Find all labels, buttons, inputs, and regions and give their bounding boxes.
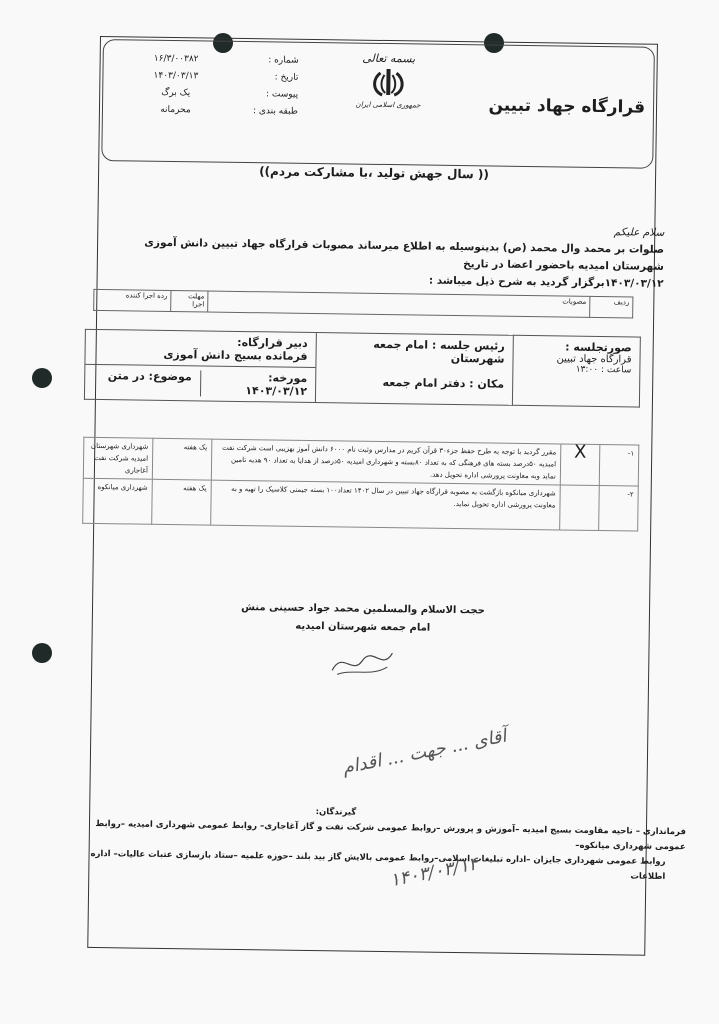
- recipients-block: گیرندگان: فرمانداری – ناحیه مقاومت بسیج …: [65, 802, 686, 886]
- emblem: بسمه تعالی جمهوری اسلامی ایران: [348, 51, 429, 109]
- chair: رئیس جلسه : امام جمعه شهرستان: [324, 337, 505, 378]
- item-deadline: یک هفته: [152, 438, 212, 480]
- item-text: مقرر گردید با توجه به طرح حفظ جزء۳۰ قرآن…: [211, 439, 561, 485]
- item-text: شهرداری میانکوه بازگشت به مصوبه قرارگاه …: [211, 480, 561, 530]
- signer-title: امام جمعه شهرستان امیدیه: [233, 617, 493, 639]
- document-frame: شماره : ۱۶/۳/۰۰۳۸۲ تاریخ : ۱۴۰۳/۰۳/۱۳ پی…: [87, 36, 658, 956]
- col-resolutions-header: مصوبات: [208, 291, 590, 317]
- letter-meta: شماره : ۱۶/۳/۰۰۳۸۲ تاریخ : ۱۴۰۳/۰۳/۱۳ پی…: [113, 50, 299, 121]
- item-number: ۲-: [599, 486, 639, 532]
- iran-emblem-icon: [368, 67, 408, 100]
- dated-value: ۱۴۰۳/۰۳/۱۲: [208, 384, 307, 398]
- time-label: ساعت :: [601, 365, 632, 375]
- number-value: ۱۶/۳/۰۰۳۸۲: [114, 50, 239, 69]
- subject: موضوع: در متن: [85, 369, 200, 397]
- item-deadline: یک هفته: [152, 479, 212, 525]
- col-executor-header: رده اجرا کننده: [94, 289, 171, 311]
- attachment-label: پیوست :: [238, 86, 298, 104]
- item-executor: شهرداری میانکوه: [83, 478, 153, 524]
- signature-scribble-icon: [322, 640, 403, 681]
- org-title: قرارگاه جهاد تبیین: [488, 95, 645, 117]
- x-mark-icon: X: [560, 444, 600, 486]
- dated-cell: مورخه: ۱۴۰۳/۰۳/۱۲: [199, 370, 315, 398]
- time-value: ۱۳:۰۰: [576, 365, 599, 375]
- location: مکان : دفتر امام جمعه: [324, 375, 504, 391]
- item-number: ۱-: [599, 445, 639, 487]
- time-row: ساعت : ۱۳:۰۰: [521, 364, 631, 376]
- punch-hole-left-upper: [32, 368, 52, 388]
- minutes-info-table: صورتجلسه : قرارگاه جهاد تبیین ساعت : ۱۳:…: [84, 329, 641, 408]
- attachment-value: یک برگ: [113, 84, 238, 103]
- col-row-header: ردیف: [590, 296, 633, 318]
- number-label: شماره :: [239, 52, 299, 70]
- basmala: بسمه تعالی: [349, 51, 429, 65]
- punch-hole-left-lower: [32, 643, 52, 663]
- handwritten-note: آقای ... جهت ... اقدام: [341, 726, 509, 779]
- secretary-value: فرمانده بسیج دانش آموزی: [93, 347, 307, 363]
- meta-classification: طبقه بندی : محرمانه: [113, 101, 298, 121]
- chair-location-cell: رئیس جلسه : امام جمعه شهرستان مکان : دفت…: [315, 333, 513, 406]
- minutes-cell: صورتجلسه : قرارگاه جهاد تبیین ساعت : ۱۳:…: [512, 335, 640, 407]
- republic-label: جمهوری اسلامی ایران: [348, 100, 428, 109]
- intro-paragraph: سلام علیکم صلوات بر محمد وال محمد (ص) بد…: [104, 217, 665, 293]
- item-executor: شهرداری شهرستان امیدیه شرکت نفت آغاجاری: [83, 437, 153, 479]
- resolutions-header-table: ردیف مصوبات مهلت اجرا رده اجرا کننده: [93, 289, 633, 319]
- x-mark-icon: [560, 485, 600, 531]
- slogan: (( سال جهش تولید ،با مشارکت مردم)): [259, 164, 489, 181]
- col-deadline-header: مهلت اجرا: [171, 291, 208, 313]
- table-row: ۲- شهرداری میانکوه بازگشت به مصوبه قرارگ…: [83, 478, 639, 531]
- signature-block: حجت الاسلام والمسلمین محمد جواد حسینی من…: [232, 599, 493, 683]
- date-label: تاریخ :: [238, 69, 298, 87]
- letterhead: شماره : ۱۶/۳/۰۰۳۸۲ تاریخ : ۱۴۰۳/۰۳/۱۳ پی…: [101, 39, 655, 169]
- signer-name: حجت الاسلام والمسلمین محمد جواد حسینی من…: [233, 599, 493, 621]
- resolutions-table: ۱- X مقرر گردید با توجه به طرح حفظ جزء۳۰…: [82, 437, 639, 532]
- classification-label: طبقه بندی :: [238, 103, 298, 121]
- classification-value: محرمانه: [113, 101, 238, 120]
- secretary-cell: دبیر قرارگاه: فرمانده بسیج دانش آموزی مو…: [84, 329, 316, 402]
- dated-subject-row: مورخه: ۱۴۰۳/۰۳/۱۲ موضوع: در متن: [85, 364, 315, 398]
- date-value: ۱۴۰۳/۰۳/۱۳: [113, 67, 238, 86]
